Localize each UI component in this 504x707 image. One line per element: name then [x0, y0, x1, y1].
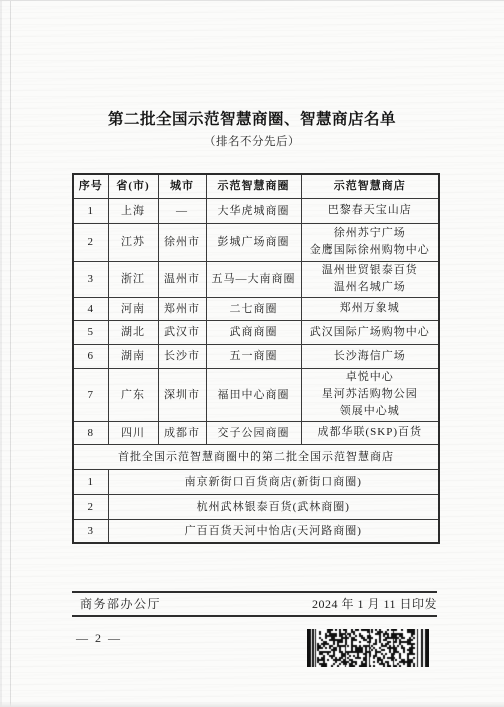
cell-province: 四川	[108, 421, 158, 444]
store-name: 金鹰国际徐州购物中心	[303, 242, 438, 259]
section-header-row: 首批全国示范智慧商圈中的第二批全国示范智慧商店	[73, 444, 439, 469]
smart-districts-table: 序号 省(市) 城市 示范智慧商圈 示范智慧商店 1 上海 — 大华虎城商圈 巴…	[72, 173, 440, 544]
cell-no: 4	[73, 297, 108, 320]
cell-district: 五一商圈	[206, 344, 301, 368]
cell-no: 1	[73, 469, 108, 494]
cell-stores: 成都华联(SKP)百货	[301, 421, 439, 444]
cell-no: 7	[73, 368, 108, 421]
scan-edge-line	[10, 0, 11, 707]
cell-city: —	[158, 198, 206, 223]
table-row: 3 浙江 温州市 五马—大南商圈 温州世贸银泰百货 温州名城广场	[73, 261, 439, 297]
scanned-document-page: 第二批全国示范智慧商圈、智慧商店名单 （排名不分先后） 序号 省(市) 城市 示…	[0, 0, 504, 707]
store-name: 成都华联(SKP)百货	[303, 424, 438, 441]
barcode	[307, 629, 429, 667]
cell-store: 南京新街口百货商店(新街口商圈)	[108, 469, 439, 494]
store-name: 武汉国际广场购物中心	[303, 324, 438, 341]
store-name: 徐州苏宁广场	[303, 225, 438, 242]
cell-no: 2	[73, 494, 108, 519]
page-title: 第二批全国示范智慧商圈、智慧商店名单	[0, 109, 504, 131]
table-row: 6 湖南 长沙市 五一商圈 长沙海信广场	[73, 344, 439, 368]
store-row: 2 杭州武林银泰百货(武林商圈)	[73, 494, 439, 519]
cell-district: 二七商圈	[206, 297, 301, 320]
cell-stores: 徐州苏宁广场 金鹰国际徐州购物中心	[301, 223, 439, 261]
page-subtitle: （排名不分先后）	[0, 134, 504, 150]
cell-province: 广东	[108, 368, 158, 421]
cell-province: 湖北	[108, 320, 158, 344]
cell-district: 交子公园商圈	[206, 421, 301, 444]
cell-stores: 武汉国际广场购物中心	[301, 320, 439, 344]
cell-province: 江苏	[108, 223, 158, 261]
cell-stores: 长沙海信广场	[301, 344, 439, 368]
cell-store: 杭州武林银泰百货(武林商圈)	[108, 494, 439, 519]
store-name: 领展中心城	[303, 403, 438, 420]
cell-district: 彭城广场商圈	[206, 223, 301, 261]
store-name: 长沙海信广场	[303, 348, 438, 365]
store-name: 卓悦中心	[303, 369, 438, 386]
table-row: 7 广东 深圳市 福田中心商圈 卓悦中心 星河苏活购物公园 领展中心城	[73, 368, 439, 421]
table-row: 2 江苏 徐州市 彭城广场商圈 徐州苏宁广场 金鹰国际徐州购物中心	[73, 223, 439, 261]
cell-city: 成都市	[158, 421, 206, 444]
cell-district: 武商商圈	[206, 320, 301, 344]
cell-no: 3	[73, 261, 108, 297]
section-title: 首批全国示范智慧商圈中的第二批全国示范智慧商店	[73, 444, 439, 469]
cell-no: 5	[73, 320, 108, 344]
column-header-store: 示范智慧商店	[301, 174, 439, 198]
cell-city: 长沙市	[158, 344, 206, 368]
column-header-no: 序号	[73, 174, 108, 198]
page-number: — 2 —	[76, 631, 122, 645]
table-row: 8 四川 成都市 交子公园商圈 成都华联(SKP)百货	[73, 421, 439, 444]
cell-province: 湖南	[108, 344, 158, 368]
footer-print-date: 2024 年 1 月 11 日印发	[312, 597, 437, 611]
cell-no: 8	[73, 421, 108, 444]
column-header-city: 城市	[158, 174, 206, 198]
store-name: 巴黎春天宝山店	[303, 202, 438, 219]
scan-edge-bottom-shadow	[0, 702, 504, 707]
cell-no: 6	[73, 344, 108, 368]
store-name: 郑州万象城	[303, 300, 438, 317]
cell-stores: 巴黎春天宝山店	[301, 198, 439, 223]
cell-store: 广百百货天河中怡店(天河路商圈)	[108, 519, 439, 543]
cell-province: 浙江	[108, 261, 158, 297]
footer-divider-top	[72, 591, 437, 593]
store-name: 温州世贸银泰百货	[303, 262, 438, 279]
cell-stores: 郑州万象城	[301, 297, 439, 320]
cell-district: 福田中心商圈	[206, 368, 301, 421]
cell-city: 武汉市	[158, 320, 206, 344]
cell-stores: 卓悦中心 星河苏活购物公园 领展中心城	[301, 368, 439, 421]
cell-stores: 温州世贸银泰百货 温州名城广场	[301, 261, 439, 297]
table-row: 5 湖北 武汉市 武商商圈 武汉国际广场购物中心	[73, 320, 439, 344]
store-row: 3 广百百货天河中怡店(天河路商圈)	[73, 519, 439, 543]
column-header-district: 示范智慧商圈	[206, 174, 301, 198]
cell-city: 深圳市	[158, 368, 206, 421]
cell-district: 五马—大南商圈	[206, 261, 301, 297]
footer-divider-bottom	[72, 615, 437, 617]
cell-province: 河南	[108, 297, 158, 320]
column-header-province: 省(市)	[108, 174, 158, 198]
store-name: 星河苏活购物公园	[303, 386, 438, 403]
cell-no: 1	[73, 198, 108, 223]
store-row: 1 南京新街口百货商店(新街口商圈)	[73, 469, 439, 494]
cell-no: 3	[73, 519, 108, 543]
cell-city: 温州市	[158, 261, 206, 297]
cell-no: 2	[73, 223, 108, 261]
cell-city: 徐州市	[158, 223, 206, 261]
table-header-row: 序号 省(市) 城市 示范智慧商圈 示范智慧商店	[73, 174, 439, 198]
scan-edge-left-shadow	[0, 0, 2, 707]
footer-issuer: 商务部办公厅	[80, 597, 161, 611]
store-name: 温州名城广场	[303, 279, 438, 296]
cell-district: 大华虎城商圈	[206, 198, 301, 223]
table-row: 1 上海 — 大华虎城商圈 巴黎春天宝山店	[73, 198, 439, 223]
cell-province: 上海	[108, 198, 158, 223]
scan-edge-top	[0, 0, 504, 1]
cell-city: 郑州市	[158, 297, 206, 320]
table-row: 4 河南 郑州市 二七商圈 郑州万象城	[73, 297, 439, 320]
